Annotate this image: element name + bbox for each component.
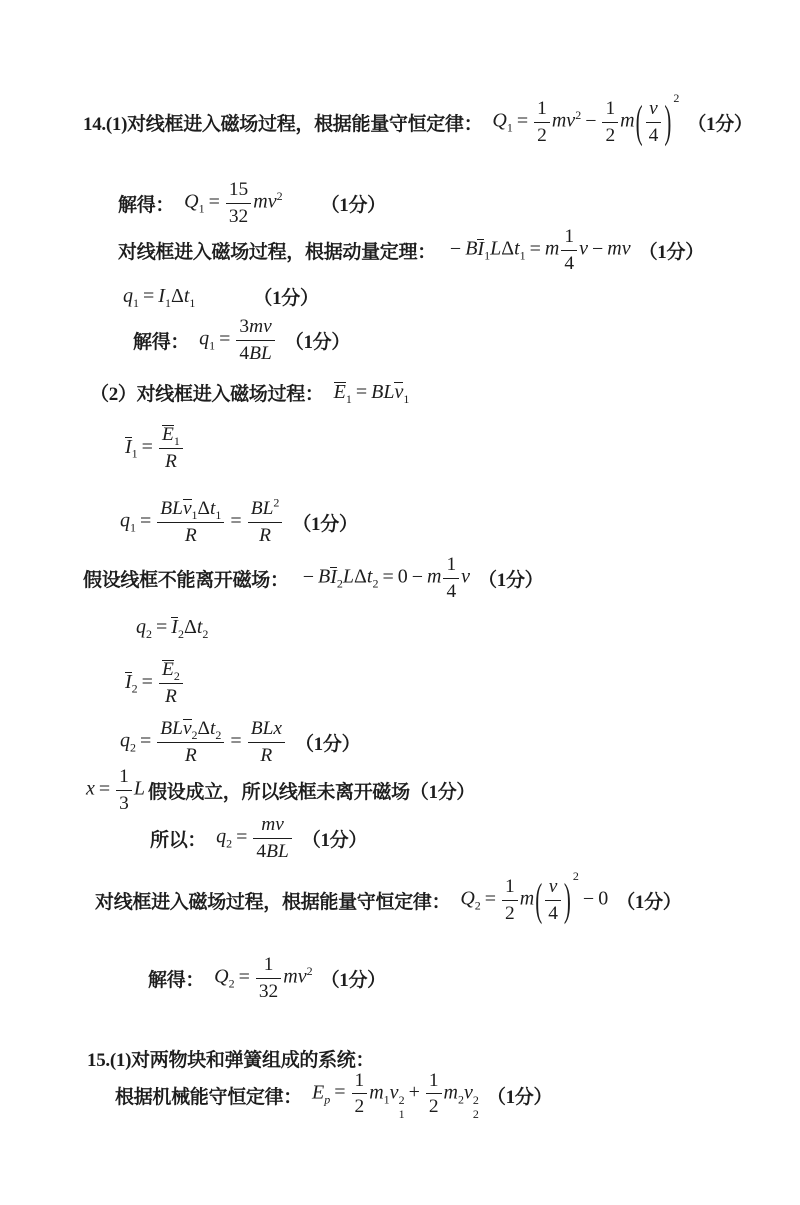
superscript: 2	[575, 108, 581, 122]
fraction-numerator: 1	[443, 554, 459, 577]
math-operator: =	[209, 191, 220, 213]
overbar-group: I	[125, 672, 132, 691]
score-mark: （1分）	[687, 109, 752, 136]
math-variable: L	[172, 498, 183, 519]
math-variable: v	[566, 110, 575, 132]
fraction: E2R	[159, 659, 183, 707]
chinese-text: 对线框进入磁场过程，根据能量守恒定律：	[95, 887, 450, 914]
math-operator: −	[583, 888, 594, 910]
solution-line: q2=BLv2Δt2R=BLxR（1分）	[117, 714, 360, 770]
fraction: BLv2Δt2R	[157, 718, 224, 766]
overbar-group: v	[183, 719, 192, 737]
subscript: 2	[130, 741, 136, 755]
math-variable: v	[622, 238, 631, 260]
math-variable: I	[125, 671, 132, 693]
math-variable: q	[136, 616, 146, 638]
chinese-text: 解得：	[118, 190, 174, 217]
overbar-group: E	[162, 425, 174, 443]
superscript: 2	[273, 496, 279, 510]
math-variable: v	[183, 718, 192, 739]
math-formula: Q1=12mv2−12m(v4)2	[492, 98, 679, 146]
math-variable: x	[86, 778, 95, 800]
fraction-denominator: 2	[426, 1093, 442, 1117]
math-variable: L	[278, 841, 289, 862]
math-variable: L	[261, 343, 272, 364]
math-operator: −	[450, 238, 461, 260]
subscript: 1	[520, 249, 526, 263]
math-variable: q	[216, 826, 226, 848]
math-operator: =	[99, 778, 110, 800]
score-mark: （1分）	[295, 729, 360, 756]
fraction: BLxR	[248, 718, 285, 766]
fraction: v4	[646, 98, 662, 146]
solution-line: 假设线框不能离开磁场：−BI2LΔt2=0−m14v（1分）	[83, 551, 543, 605]
fraction-numerator: 3mv	[236, 316, 274, 339]
math-operator: =	[230, 730, 241, 752]
math-operator: =	[140, 730, 151, 752]
math-formula: I1=E1R	[125, 424, 185, 472]
subscript: 2	[229, 977, 235, 991]
math-formula: −BI1LΔt1=m14v−mv	[446, 226, 631, 274]
math-number: 2	[505, 903, 515, 924]
solution-line: I1=E1R	[122, 420, 188, 476]
math-variable: R	[259, 525, 271, 546]
math-variable: B	[251, 498, 263, 519]
subscript: 1	[403, 392, 409, 406]
solution-line: x=13L假设成立，所以线框未离开磁场（1分）	[83, 763, 482, 817]
overbar-group: E	[334, 382, 346, 401]
subscript: 1	[189, 296, 195, 310]
math-variable: L	[490, 238, 501, 260]
fraction: 12	[602, 98, 618, 146]
fraction: 14	[561, 226, 577, 274]
math-variable: B	[249, 343, 261, 364]
math-operator: −	[412, 566, 423, 588]
overbar-group: E	[162, 660, 174, 678]
solution-line: q1=BLv1Δt1R=BL2R（1分）	[117, 494, 358, 550]
score-mark: （1分）	[321, 965, 386, 992]
math-variable: Q	[184, 191, 198, 213]
math-variable: Q	[492, 110, 506, 132]
fraction-numerator: 1	[352, 1070, 368, 1093]
math-variable: q	[120, 730, 130, 752]
math-variable: v	[268, 191, 277, 213]
math-variable: m	[249, 316, 263, 337]
score-mark: （1分）	[478, 565, 543, 592]
fraction-numerator: BLx	[248, 718, 285, 741]
subscript: p	[324, 1092, 330, 1106]
overbar-group: v	[183, 499, 192, 517]
fraction: v4	[545, 876, 561, 924]
math-number: 4	[446, 581, 456, 602]
math-number: 4	[564, 253, 574, 274]
chinese-text: 14.(1)对线框进入磁场过程，根据能量守恒定律：	[83, 109, 482, 136]
math-variable: m	[283, 966, 297, 988]
fraction: BLv1Δt1R	[157, 498, 224, 546]
paren-icon: (	[535, 873, 542, 927]
fraction-numerator: BL2	[248, 498, 283, 521]
subscript: 2	[202, 627, 208, 641]
math-number: 15	[229, 179, 248, 200]
math-variable: v	[298, 966, 307, 988]
math-number: 4	[548, 903, 558, 924]
solution-line: q1=I1Δt1（1分）	[120, 281, 319, 311]
fraction-numerator: 1	[256, 954, 281, 977]
fraction: 14	[443, 554, 459, 602]
solution-line: （2）对线框进入磁场过程：E1=BLv1	[90, 375, 412, 409]
math-variable: R	[165, 686, 177, 707]
chinese-text: （2）对线框进入磁场过程：	[90, 379, 324, 406]
math-operator: =	[230, 510, 241, 532]
math-operator: =	[382, 566, 393, 588]
math-number: 1	[605, 98, 615, 119]
paren-group: (v4)2	[534, 876, 579, 924]
subscript: 1	[507, 121, 513, 135]
math-variable: B	[465, 238, 477, 260]
math-variable: L	[172, 718, 183, 739]
solution-line: 所以：q2=mv4BL（1分）	[150, 811, 367, 865]
math-formula: q1=I1Δt1	[123, 285, 195, 308]
math-formula: I2=E2R	[125, 659, 185, 707]
math-number: 32	[259, 981, 278, 1002]
math-number: 4	[256, 841, 266, 862]
fraction-numerator: 1	[602, 98, 618, 121]
math-variable: I	[125, 436, 132, 458]
paren-content: v4	[543, 876, 563, 924]
math-variable: m	[261, 814, 275, 835]
math-formula: q2=mv4BL	[216, 814, 294, 862]
score-mark: （1分）	[321, 190, 386, 217]
math-number: 3	[119, 793, 129, 814]
fraction-denominator: R	[248, 522, 283, 546]
chinese-text: 解得：	[148, 965, 204, 992]
math-variable: m	[607, 238, 621, 260]
math-variable: B	[371, 381, 383, 403]
chinese-text: 解得：	[133, 327, 189, 354]
math-number: 4	[239, 343, 249, 364]
math-variable: L	[383, 381, 394, 403]
fraction-denominator: R	[159, 683, 183, 707]
math-variable: B	[160, 498, 172, 519]
math-number: 2	[355, 1096, 365, 1117]
math-operator: =	[219, 328, 230, 350]
math-variable: v	[461, 566, 470, 588]
math-variable: E	[162, 424, 174, 445]
math-number: Δ	[198, 498, 210, 519]
fraction-denominator: 4	[545, 900, 561, 924]
math-formula: q1=BLv1Δt1R=BL2R	[120, 498, 284, 546]
subscript: 2	[372, 577, 378, 591]
fraction-denominator: 2	[502, 900, 518, 924]
math-operator: −	[585, 110, 596, 132]
subscript: 1	[399, 1108, 405, 1120]
math-formula: q2=I2Δt2	[136, 616, 208, 639]
math-formula: Ep=12m1v21+12m2v22	[312, 1070, 479, 1120]
fraction: 3mv4BL	[236, 316, 274, 364]
solution-line: 解得：Q2=132mv2（1分）	[148, 951, 386, 1005]
score-mark: （1分）	[639, 237, 704, 264]
paren-group: (v4)2	[635, 98, 680, 146]
solution-line: 解得：q1=3mv4BL（1分）	[133, 313, 350, 367]
math-number: Δ	[501, 238, 514, 260]
subscript: 1	[132, 447, 138, 461]
math-number: 2	[429, 1096, 439, 1117]
subscript: 2	[132, 682, 138, 696]
overbar-group: v	[394, 382, 403, 401]
subscript: 1	[174, 434, 180, 448]
math-variable: v	[183, 498, 192, 519]
math-operator: =	[140, 510, 151, 532]
fraction-numerator: BLv2Δt2	[157, 718, 224, 741]
math-number: 0	[598, 888, 608, 910]
math-variable: m	[253, 191, 267, 213]
overbar-group: I	[330, 567, 337, 586]
solution-line: q2=I2Δt2	[133, 612, 211, 642]
fraction-denominator: R	[157, 522, 224, 546]
math-number: 1	[264, 954, 274, 975]
math-operator: −	[303, 566, 314, 588]
fraction: 132	[256, 954, 281, 1002]
superscript: 2	[473, 1094, 479, 1106]
math-variable: x	[273, 718, 282, 739]
fraction: 12	[502, 876, 518, 924]
math-variable: v	[275, 814, 284, 835]
math-number: 0	[398, 566, 408, 588]
subscript: 2	[226, 837, 232, 851]
math-variable: I	[158, 285, 165, 307]
fraction: 1532	[226, 179, 251, 227]
fraction-denominator: 2	[534, 122, 550, 146]
fraction-numerator: mv	[253, 814, 291, 837]
math-variable: v	[394, 381, 403, 403]
math-variable: R	[165, 451, 177, 472]
fraction-numerator: 1	[534, 98, 550, 121]
math-formula: x=13L	[86, 766, 145, 814]
math-operator: =	[334, 1081, 345, 1103]
math-variable: m	[444, 1081, 458, 1103]
math-number: 3	[239, 316, 249, 337]
math-number: Δ	[354, 566, 367, 588]
math-operator: =	[517, 110, 528, 132]
sub-superscript: 22	[473, 1094, 479, 1120]
math-variable: m	[427, 566, 441, 588]
math-operator: =	[143, 285, 154, 307]
fraction: 13	[116, 766, 132, 814]
scanned-answer-page: 14.(1)对线框进入磁场过程，根据能量守恒定律：Q1=12mv2−12m(v4…	[0, 0, 800, 1205]
paren-exponent: 2	[673, 91, 679, 106]
math-operator: +	[409, 1081, 420, 1103]
fraction-denominator: 4BL	[236, 340, 274, 364]
math-variable: R	[185, 525, 197, 546]
solution-line: 14.(1)对线框进入磁场过程，根据能量守恒定律：Q1=12mv2−12m(v4…	[83, 86, 753, 158]
math-variable: E	[312, 1081, 324, 1103]
math-number: 4	[649, 125, 659, 146]
math-variable: I	[330, 566, 337, 588]
math-formula: Q2=132mv2	[214, 954, 312, 1002]
math-formula: Q1=1532mv2	[184, 179, 282, 227]
math-variable: m	[520, 888, 534, 910]
math-variable: v	[464, 1081, 473, 1103]
math-operator: =	[239, 966, 250, 988]
math-variable: L	[343, 566, 354, 588]
fraction-numerator: v	[545, 876, 561, 899]
fraction-denominator: R	[159, 448, 183, 472]
solution-line: I2=E2R	[122, 655, 188, 711]
paren-exponent: 2	[573, 869, 579, 884]
math-number: 1	[537, 98, 547, 119]
fraction-numerator: BLv1Δt1	[157, 498, 224, 521]
math-operator: =	[356, 381, 367, 403]
math-operator: =	[236, 826, 247, 848]
fraction: BL2R	[248, 498, 283, 546]
score-mark: （1分）	[302, 825, 367, 852]
math-variable: v	[390, 1081, 399, 1103]
subscript: 2	[215, 728, 221, 742]
subscript: 1	[346, 392, 352, 406]
math-variable: Q	[460, 888, 474, 910]
superscript: 2	[307, 964, 313, 978]
math-number: Δ	[184, 616, 197, 638]
math-variable: q	[199, 328, 209, 350]
math-variable: m	[369, 1081, 383, 1103]
score-mark: （1分）	[253, 283, 318, 310]
math-variable: Q	[214, 966, 228, 988]
chinese-text: 根据机械能守恒定律：	[115, 1082, 302, 1109]
math-variable: m	[620, 110, 634, 132]
math-variable: B	[160, 718, 172, 739]
subscript: 2	[473, 1108, 479, 1120]
fraction-numerator: 1	[502, 876, 518, 899]
fraction-denominator: 3	[116, 790, 132, 814]
score-mark: （1分）	[285, 327, 350, 354]
math-formula: E1=BLv1	[334, 381, 410, 404]
fraction-denominator: 2	[602, 122, 618, 146]
math-variable: E	[334, 381, 346, 403]
fraction: E1R	[159, 424, 183, 472]
chinese-text: 所以：	[150, 825, 206, 852]
fraction: 12	[426, 1070, 442, 1118]
fraction-denominator: 2	[352, 1093, 368, 1117]
math-formula: Q2=12m(v4)2−0	[460, 876, 608, 924]
math-variable: L	[134, 778, 145, 800]
math-variable: L	[263, 718, 274, 739]
math-variable: E	[162, 659, 174, 680]
fraction-denominator: 32	[256, 978, 281, 1002]
math-number: 2	[605, 125, 615, 146]
subscript: 2	[174, 669, 180, 683]
math-number: 1	[355, 1070, 365, 1091]
math-formula: −BI2LΔt2=0−m14v	[299, 554, 470, 602]
subscript: 1	[215, 508, 221, 522]
solution-line: 对线框进入磁场过程，根据动量定理：−BI1LΔt1=m14v−mv（1分）	[118, 223, 704, 277]
overbar-group: I	[125, 437, 132, 456]
overbar-group: I	[171, 617, 178, 636]
math-variable: v	[263, 316, 272, 337]
math-variable: v	[649, 98, 658, 119]
math-variable: B	[318, 566, 330, 588]
math-variable: B	[251, 718, 263, 739]
subscript: 1	[199, 202, 205, 216]
math-number: 1	[564, 226, 574, 247]
fraction-numerator: 1	[116, 766, 132, 789]
math-operator: =	[142, 671, 153, 693]
math-variable: q	[120, 510, 130, 532]
math-operator: =	[530, 238, 541, 260]
math-variable: m	[552, 110, 566, 132]
sub-superscript: 21	[399, 1094, 405, 1120]
fraction: 12	[534, 98, 550, 146]
superscript: 2	[277, 189, 283, 203]
math-operator: =	[142, 436, 153, 458]
chinese-text: 对线框进入磁场过程，根据动量定理：	[118, 237, 436, 264]
fraction-numerator: v	[646, 98, 662, 121]
math-number: 1	[446, 554, 456, 575]
math-number: 1	[119, 766, 129, 787]
math-variable: B	[266, 841, 278, 862]
math-formula: q2=BLv2Δt2R=BLxR	[120, 718, 287, 766]
fraction-numerator: E2	[159, 659, 183, 682]
math-number: 1	[505, 876, 515, 897]
chinese-text: 假设成立，所以线框未离开磁场（1分）	[148, 777, 475, 804]
paren-content: v4	[644, 98, 664, 146]
fraction-denominator: 4BL	[253, 838, 291, 862]
math-number: 2	[537, 125, 547, 146]
fraction: 12	[352, 1070, 368, 1118]
math-variable: L	[263, 498, 274, 519]
score-mark: （1分）	[292, 509, 357, 536]
subscript: 1	[130, 521, 136, 535]
solution-line: 解得：Q1=1532mv2（1分）	[118, 176, 386, 230]
subscript: 1	[209, 339, 215, 353]
paren-icon: )	[664, 95, 671, 149]
math-variable: v	[549, 876, 558, 897]
fraction-numerator: E1	[159, 424, 183, 447]
chinese-text: 假设线框不能离开磁场：	[83, 565, 289, 592]
paren-icon: (	[636, 95, 643, 149]
fraction-denominator: 4	[561, 250, 577, 274]
score-mark: （1分）	[487, 1082, 552, 1109]
math-variable: v	[579, 238, 588, 260]
math-number: 1	[429, 1070, 439, 1091]
math-number: Δ	[198, 718, 210, 739]
math-variable: I	[171, 616, 178, 638]
subscript: 2	[146, 627, 152, 641]
score-mark: （1分）	[616, 887, 681, 914]
fraction-numerator: 1	[426, 1070, 442, 1093]
fraction: mv4BL	[253, 814, 291, 862]
math-operator: =	[156, 616, 167, 638]
fraction-numerator: 15	[226, 179, 251, 202]
math-operator: −	[592, 238, 603, 260]
subscript: 1	[133, 296, 139, 310]
fraction-denominator: 4	[443, 578, 459, 602]
math-variable: m	[545, 238, 559, 260]
solution-line: 对线框进入磁场过程，根据能量守恒定律：Q2=12m(v4)2−0（1分）	[95, 868, 682, 932]
superscript: 2	[399, 1094, 405, 1106]
math-number: Δ	[171, 285, 184, 307]
math-formula: q1=3mv4BL	[199, 316, 277, 364]
math-variable: q	[123, 285, 133, 307]
fraction-numerator: 1	[561, 226, 577, 249]
fraction-denominator: 4	[646, 122, 662, 146]
solution-line: 根据机械能守恒定律：Ep=12m1v21+12m2v22（1分）	[115, 1068, 552, 1122]
math-operator: =	[485, 888, 496, 910]
subscript: 2	[475, 899, 481, 913]
paren-icon: )	[564, 873, 571, 927]
